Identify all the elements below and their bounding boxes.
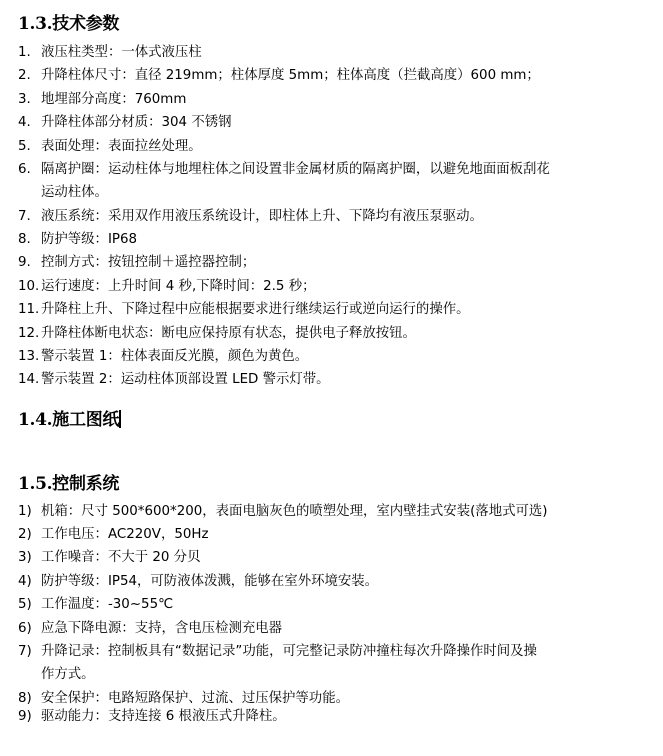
section-heading-technical-parameters: 1.3.技术参数: [18, 13, 119, 35]
list-number: 4): [18, 572, 32, 592]
list-item: 2) 工作电压：AC220V，50Hz: [0, 525, 663, 545]
heading-text: 1.4.施工图纸: [18, 410, 119, 430]
list-number: 5.: [18, 137, 31, 157]
list-item: 7) 升降记录：控制板具有“数据记录”功能，可完整记录防冲撞柱每次升降操作时间及…: [0, 642, 663, 662]
list-item: 9. 控制方式：按钮控制＋遥控器控制；: [0, 253, 663, 273]
list-text: 液压系统：采用双作用液压系统设计，即柱体上升、下降均有液压泵驱动。: [41, 207, 483, 227]
section-heading-control-system: 1.5.控制系统: [18, 473, 119, 495]
list-text: 应急下降电源：支持，含电压检测充电器: [41, 619, 282, 639]
list-number: 5): [18, 595, 32, 615]
list-item: 3. 地埋部分高度：760mm: [0, 90, 663, 110]
list-item: 1. 液压柱类型：一体式液压柱: [0, 43, 663, 63]
list-number: 12.: [18, 324, 39, 344]
list-text: 表面处理：表面拉丝处理。: [41, 137, 202, 157]
list-item: 4) 防护等级：IP54，可防液体泼溅，能够在室外环境安装。: [0, 572, 663, 592]
list-number: 8): [18, 689, 32, 709]
list-item: 11. 升降柱上升、下降过程中应能根据要求进行继续运行或逆向运行的操作。: [0, 300, 663, 320]
list-number: 2): [18, 525, 32, 545]
list-item: 5. 表面处理：表面拉丝处理。: [0, 137, 663, 157]
list-text: 升降柱上升、下降过程中应能根据要求进行继续运行或逆向运行的操作。: [41, 300, 470, 320]
list-text: 驱动能力：支持连接 6 根液压式升降柱。: [41, 707, 286, 727]
list-item: 1) 机箱：尺寸 500*600*200，表面电脑灰色的喷塑处理，室内壁挂式安装…: [0, 502, 663, 522]
list-text: 安全保护：电路短路保护、过流、过压保护等功能。: [41, 689, 349, 709]
list-text: 机箱：尺寸 500*600*200，表面电脑灰色的喷塑处理，室内壁挂式安装(落地…: [41, 502, 548, 522]
list-number: 1.: [18, 43, 31, 63]
list-item: 4. 升降柱体部分材质：304 不锈钢: [0, 113, 663, 133]
list-number: 11.: [18, 300, 39, 320]
list-text: 液压柱类型：一体式液压柱: [41, 43, 202, 63]
list-number: 9): [18, 707, 32, 727]
list-text: 运行速度：上升时间 4 秒,下降时间：2.5 秒；: [41, 277, 315, 297]
list-number: 2.: [18, 66, 31, 86]
list-item: 10. 运行速度：上升时间 4 秒,下降时间：2.5 秒；: [0, 277, 663, 297]
list-text: 工作电压：AC220V，50Hz: [41, 525, 208, 545]
list-number: 13.: [18, 347, 39, 367]
list-text: 升降柱体断电状态：断电应保持原有状态，提供电子释放按钮。: [41, 324, 416, 344]
list-text: 警示装置 1：柱体表面反光膜，颜色为黄色。: [41, 347, 308, 367]
list-number: 8.: [18, 230, 31, 250]
list-text-continuation: 运动柱体。: [41, 183, 108, 203]
document-page: 1.3.技术参数 1. 液压柱类型：一体式液压柱 2. 升降柱体尺寸：直径 21…: [0, 0, 663, 756]
list-item: 7. 液压系统：采用双作用液压系统设计，即柱体上升、下降均有液压泵驱动。: [0, 207, 663, 227]
list-text: 隔离护圈：运动柱体与地埋柱体之间设置非金属材质的隔离护圈，以避免地面面板刮花: [41, 160, 550, 180]
list-text: 地埋部分高度：760mm: [41, 90, 186, 110]
list-item: 13. 警示装置 1：柱体表面反光膜，颜色为黄色。: [0, 347, 663, 367]
list-text: 防护等级：IP54，可防液体泼溅，能够在室外环境安装。: [41, 572, 378, 592]
list-number: 3.: [18, 90, 31, 110]
list-number: 7.: [18, 207, 31, 227]
list-item: 6) 应急下降电源：支持，含电压检测充电器: [0, 619, 663, 639]
list-item: 14. 警示装置 2：运动柱体顶部设置 LED 警示灯带。: [0, 370, 663, 390]
list-number: 6): [18, 619, 32, 639]
list-text: 警示装置 2：运动柱体顶部设置 LED 警示灯带。: [41, 370, 330, 390]
list-number: 7): [18, 642, 32, 662]
list-item: 6. 隔离护圈：运动柱体与地埋柱体之间设置非金属材质的隔离护圈，以避免地面面板刮…: [0, 160, 663, 180]
list-text: 防护等级：IP68: [41, 230, 137, 250]
text-cursor: [119, 410, 121, 428]
list-text: 升降记录：控制板具有“数据记录”功能，可完整记录防冲撞柱每次升降操作时间及操: [41, 642, 537, 662]
list-number: 9.: [18, 253, 31, 273]
list-text: 工作噪音：不大于 20 分贝: [41, 548, 200, 568]
list-number: 14.: [18, 370, 39, 390]
list-item: 12. 升降柱体断电状态：断电应保持原有状态，提供电子释放按钮。: [0, 324, 663, 344]
section-heading-construction-drawings[interactable]: 1.4.施工图纸: [18, 409, 121, 431]
list-item: 9) 驱动能力：支持连接 6 根液压式升降柱。: [0, 707, 663, 727]
list-text: 升降柱体尺寸：直径 219mm；柱体厚度 5mm；柱体高度（拦截高度）600 m…: [41, 66, 540, 86]
list-number: 10.: [18, 277, 39, 297]
list-text: 工作温度：-30~55℃: [41, 595, 173, 615]
list-item: 3) 工作噪音：不大于 20 分贝: [0, 548, 663, 568]
list-item: 5) 工作温度：-30~55℃: [0, 595, 663, 615]
list-text: 控制方式：按钮控制＋遥控器控制；: [41, 253, 255, 273]
list-text: 升降柱体部分材质：304 不锈钢: [41, 113, 232, 133]
list-item: 8) 安全保护：电路短路保护、过流、过压保护等功能。: [0, 689, 663, 709]
list-number: 1): [18, 502, 32, 522]
list-item: 2. 升降柱体尺寸：直径 219mm；柱体厚度 5mm；柱体高度（拦截高度）60…: [0, 66, 663, 86]
list-item: 8. 防护等级：IP68: [0, 230, 663, 250]
list-text-continuation: 作方式。: [41, 665, 95, 685]
list-number: 4.: [18, 113, 31, 133]
list-number: 6.: [18, 160, 31, 180]
list-number: 3): [18, 548, 32, 568]
